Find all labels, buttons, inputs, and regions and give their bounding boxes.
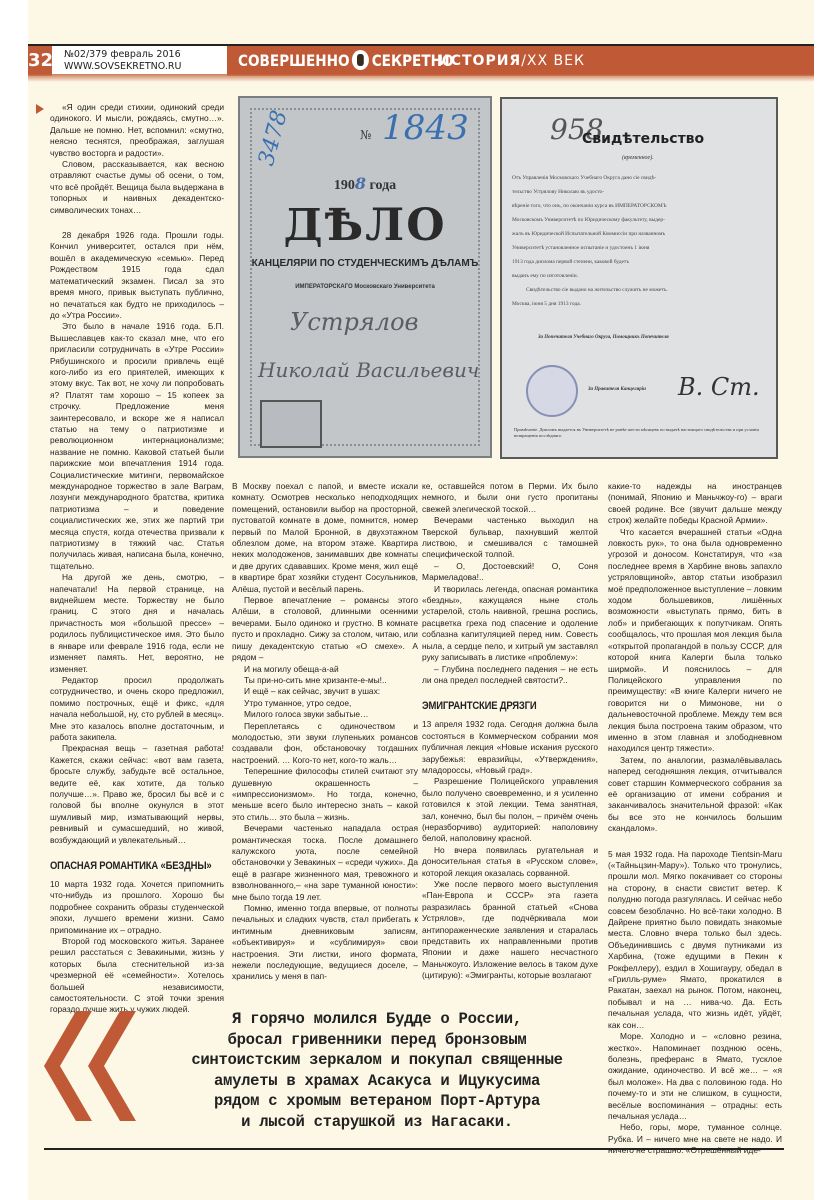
verse-line: И на могилу обеща-а-ай [232, 664, 418, 675]
paragraph: 13 апреля 1932 года. Сегодня должна была… [422, 719, 598, 776]
verse-line: Милого голоса звуки забытые… [232, 709, 418, 720]
issue-info: №02/379 февраль 2016 WWW.SOVSEKRETNO.RU [52, 46, 227, 76]
logo-left-text: СОВЕРШЕННО [238, 51, 350, 70]
paragraph: И творилась легенда, опасная романтика «… [422, 584, 598, 664]
archive-photo-certificate: 958 Свидѣтельство (временное). Отъ Управ… [500, 97, 778, 459]
paragraph: 5 мая 1932 года. На пароходе Tientsin-Ma… [608, 849, 782, 1032]
paragraph: ке, оставшейся потом в Перми. Их было не… [422, 481, 598, 515]
paragraph: Разрешение Полицейского управления было … [422, 776, 598, 844]
case-number: № 1843 [360, 108, 469, 148]
document-subtitle: КАНЦЕЛЯРІИ ПО СТУДЕНЧЕСКИМЪ ДѢЛАМЪ [240, 258, 490, 269]
paragraph: «Я один среди стихии, одинокий среди оди… [50, 102, 224, 159]
torn-paper-edge [28, 74, 814, 82]
pull-quote-text: Я горячо молился Будде о России, бросал … [142, 1009, 612, 1132]
paragraph: – О, Достоевский! О, Соня Мармеладова!.. [422, 561, 598, 584]
article-start-marker-icon [36, 104, 44, 114]
certificate-body: Отъ Управленія Московскаго Учебнаго Окру… [512, 171, 668, 311]
column-4: какие-то надежды на иностранцев (понимай… [608, 481, 782, 1157]
magazine-logo: СОВЕРШЕННОСЕКРЕТНО [238, 46, 454, 76]
paragraph: какие-то надежды на иностранцев (понимай… [608, 481, 782, 527]
column-1: «Я один среди стихии, одинокий среди оди… [50, 102, 224, 1016]
paragraph: Вечерами частенько выходил на Тверской б… [422, 515, 598, 561]
paragraph: Море. Холодно и – «словно резина, жестко… [608, 1031, 782, 1122]
pull-quote: Я горячо молился Будде о России, бросал … [44, 1003, 609, 1136]
page-number: 32 [28, 46, 52, 76]
paragraph: Редактор просил продолжать сотрудничеств… [50, 675, 224, 743]
paragraph: Затем, по аналогии, размалёвывалась напе… [608, 755, 782, 835]
document-institution: ИМПЕРАТОРСКАГО Московскаго Университета [240, 284, 490, 290]
paragraph: 28 декабря 1926 года. Прошли годы. Кончи… [50, 230, 224, 321]
signature-1: За Попечителя Учебнаго Округа, Помощникъ… [538, 335, 688, 340]
paragraph: – Глубина последнего падения – не есть л… [422, 664, 598, 687]
document-title: ДѢЛО [240, 200, 490, 251]
column-3: ке, оставшейся потом в Перми. Их было не… [422, 481, 598, 982]
paragraph: Помню, именно тогда впервые, от полноты … [232, 903, 418, 983]
section-subname: /XX ВЕК [521, 53, 585, 69]
emblem-icon [352, 50, 369, 70]
certificate-subtitle: (временное). [622, 155, 654, 161]
verse-line: Ты при-но-сить мне хризанте-е-мы!.. [232, 675, 418, 686]
archive-stamp [260, 400, 322, 448]
year-line: 1908 года [240, 174, 490, 194]
quote-mark-icon [44, 1011, 92, 1121]
certificate-note: Примѣчаніе. Дипломъ выдается въ Универси… [514, 427, 764, 439]
paragraph: Вечерами частенько нападала острая роман… [232, 823, 418, 903]
handwritten-name: Николай Васильевич [258, 358, 479, 382]
paragraph: Небо, горы, море, туманное солнце. Рубка… [608, 1122, 782, 1156]
paragraph: Но вчера появилась ругательная и доносит… [422, 845, 598, 879]
website-link[interactable]: WWW.SOVSEKRETNO.RU [64, 61, 227, 73]
section-name: ИСТОРИЯ [438, 53, 521, 69]
paragraph: В Москву поехал с папой, и вместе искали… [232, 481, 418, 595]
paragraph: Первое впечатление – романсы этого Алёши… [232, 595, 418, 663]
issue-number: №02/379 февраль 2016 [64, 49, 227, 61]
certificate-title: Свидѣтельство [582, 131, 704, 147]
paragraph: Переплетаясь с одиночеством и молодостью… [232, 721, 418, 767]
paragraph: Словом, рассказывается, как весною отрав… [50, 159, 224, 216]
paragraph: Это было в начале 1916 года. Б.П. Вышесл… [50, 321, 224, 572]
signature-2: За Правителя Канцеляріи [588, 387, 646, 392]
verse-line: И ещё – как сейчас, звучит в ушах: [232, 686, 418, 697]
verse-line: Утро туманное, утро седое, [232, 698, 418, 709]
subheading: ОПАСНАЯ РОМАНТИКА «БЕЗДНЫ» [50, 860, 200, 873]
paragraph: Что касается вчерашней статьи «Одна ловк… [608, 527, 782, 755]
archive-photo-delo: № 1843 3478 1908 года ДѢЛО КАНЦЕЛЯРІИ ПО… [238, 96, 492, 458]
subheading: ЭМИГРАНТСКИЕ ДРЯЗГИ [422, 700, 573, 713]
paragraph: На другой же день, смотрю, – напечатали!… [50, 572, 224, 675]
paragraph: Прекрасная вещь – газетная работа! Кажет… [50, 743, 224, 846]
handwritten-surname: Устрялов [290, 308, 419, 336]
section-title: ИСТОРИЯ/XX ВЕК [438, 46, 585, 76]
column-2: В Москву поехал с папой, и вместе искали… [232, 481, 418, 983]
paragraph: Теперешние философы стилей считают эту д… [232, 766, 418, 823]
quote-mark-icon [88, 1011, 136, 1121]
handwritten-signature: В. Ст. [678, 373, 760, 401]
page-header: 32 №02/379 февраль 2016 WWW.SOVSEKRETNO.… [28, 44, 814, 76]
paragraph: 10 марта 1932 года. Хочется припомнить ч… [50, 879, 224, 936]
paragraph: Уже после первого моего выступления «Пан… [422, 879, 598, 982]
bottom-rule [44, 1148, 784, 1150]
seal-stamp [526, 365, 578, 417]
